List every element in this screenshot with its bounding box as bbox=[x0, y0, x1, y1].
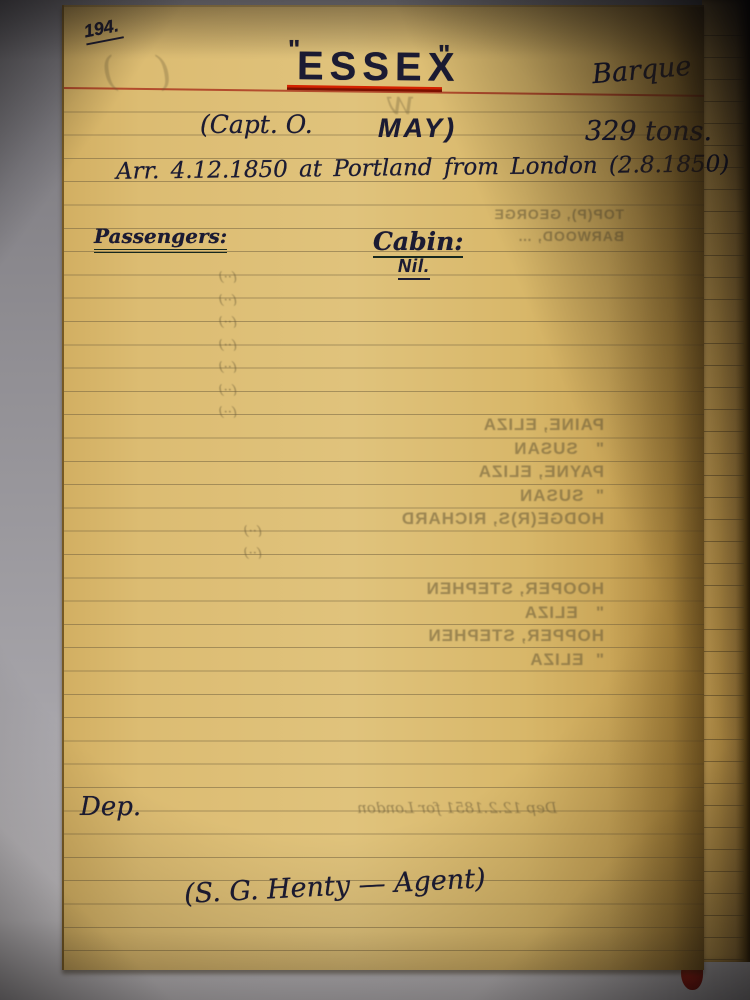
bleedthrough-token: (··) bbox=[142, 402, 237, 425]
page-number: 194. bbox=[82, 15, 124, 46]
bleedthrough-left-column: (··) (··) (··) (··) (··) (··) (··) bbox=[142, 267, 237, 425]
bleedthrough-line: HOPPER, STEPHEN bbox=[349, 624, 604, 648]
bleedthrough-line: PAINE, ELIZA bbox=[349, 413, 604, 437]
bleedthrough-line: " ELIZA bbox=[349, 648, 604, 672]
captain-name-left: (Capt. O. bbox=[200, 110, 313, 139]
bleedthrough-line: " SUSAN bbox=[349, 437, 604, 461]
bleedthrough-token: (··) bbox=[142, 267, 237, 290]
bleedthrough-token: (··) bbox=[142, 290, 237, 313]
ledger-photograph: ( ) w TOP(P), GEORGE BARWOOD, … (··) (··… bbox=[0, 0, 750, 1000]
bleedthrough-line: PAYNE, ELIZA bbox=[349, 460, 604, 484]
bleedthrough-line: HOOPER, STEPHEN bbox=[349, 577, 604, 601]
bleedthrough-token: (··) bbox=[142, 357, 237, 380]
bleedthrough-top-scribble: ( ) bbox=[102, 49, 171, 95]
cabin-heading: Cabin: bbox=[373, 227, 463, 258]
bleedthrough-token: (··) bbox=[182, 521, 262, 543]
vessel-type: Barque bbox=[591, 51, 693, 91]
bleedthrough-line: HODGE(R)S, RICHARD bbox=[349, 507, 604, 531]
captain-name-right: MAY) bbox=[378, 113, 457, 144]
bleedthrough-line: BARWOOD, … bbox=[482, 225, 624, 247]
bleedthrough-line: TOP(P), GEORGE bbox=[482, 203, 624, 225]
bleedthrough-token: (··) bbox=[142, 335, 237, 358]
ship-name-title: ESSEX bbox=[297, 44, 461, 91]
bleedthrough-line: " ELIZA bbox=[349, 601, 604, 625]
passengers-heading: Passengers: bbox=[94, 224, 227, 253]
bleedthrough-token: (··) bbox=[142, 312, 237, 335]
bleedthrough-departure-note: Dep 12.2.1851 for London bbox=[312, 799, 557, 817]
bleedthrough-mid-names: PAINE, ELIZA " SUSAN PAYNE, ELIZA " SUSA… bbox=[349, 413, 604, 531]
ledger-page: ( ) w TOP(P), GEORGE BARWOOD, … (··) (··… bbox=[62, 5, 704, 970]
bleedthrough-token: (··) bbox=[142, 380, 237, 403]
title-close-quote: " bbox=[438, 39, 450, 70]
bleedthrough-upper-names: TOP(P), GEORGE BARWOOD, … bbox=[482, 203, 624, 247]
bleedthrough-token: (··) bbox=[182, 543, 262, 565]
bleedthrough-lower-names: HOOPER, STEPHEN " ELIZA HOPPER, STEPHEN … bbox=[349, 577, 604, 671]
cabin-nil-value: Nil. bbox=[398, 256, 430, 280]
tonnage: 329 tons. bbox=[585, 116, 712, 147]
departure-label: Dep. bbox=[80, 792, 141, 822]
bleedthrough-line: " SUSAN bbox=[349, 484, 604, 508]
bleedthrough-mid-tokens: (··) (··) bbox=[182, 521, 262, 565]
